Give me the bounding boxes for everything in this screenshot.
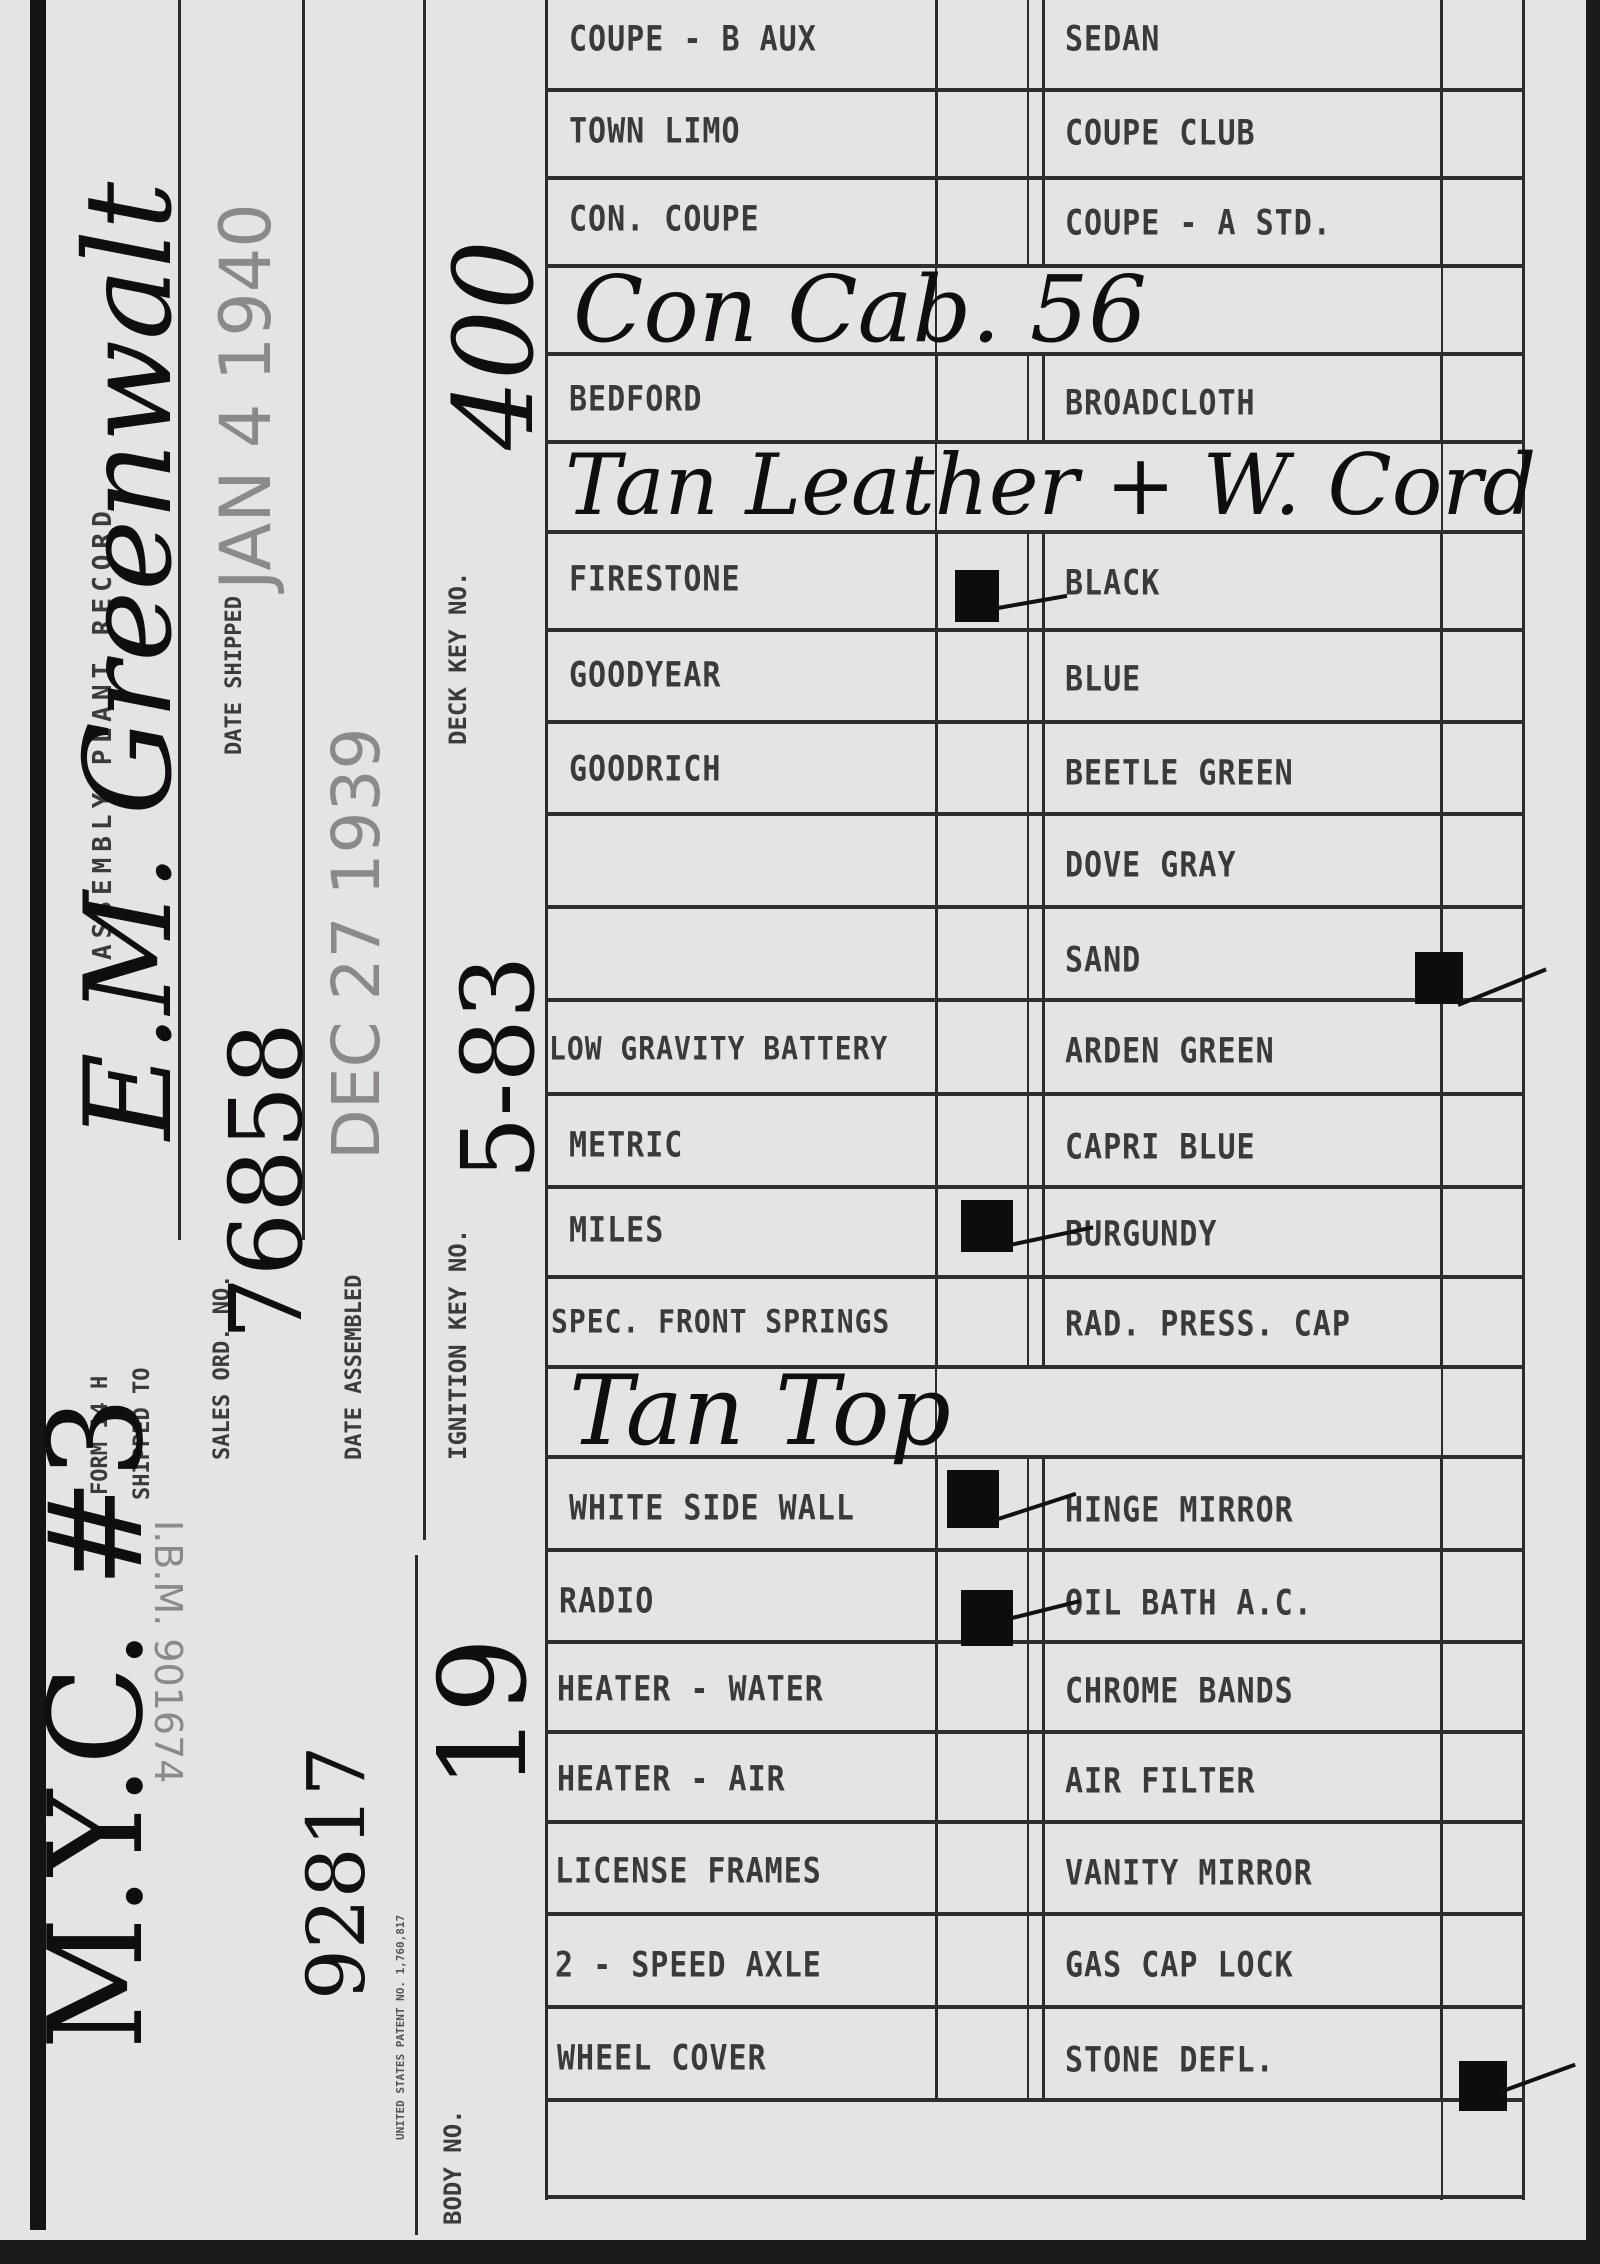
option-row: COUPE - B AUX SEDAN [545,0,1522,88]
deck-key-no-label: DECK KEY NO. [445,572,471,745]
option-row: GOODYEAR BLUE [545,628,1522,720]
option-row: HEATER - WATER CHROME BANDS [545,1640,1522,1730]
checkmark-oil-bath[interactable] [961,1590,1013,1646]
assembly-plant-record-card: COUPE - B AUX SEDAN TOWN LIMO COUPE CLUB… [0,0,1600,2264]
row-line [545,2195,1525,2199]
option-row: GOODRICH BEETLE GREEN [545,720,1522,812]
option-row: LICENSE FRAMES VANITY MIRROR [545,1820,1522,1912]
option-label: BEETLE GREEN [1065,753,1294,793]
option-row: TOWN LIMO COUPE CLUB [545,88,1522,176]
checkmark-white-side-wall[interactable] [947,1470,999,1528]
option-row: WHEEL COVER STONE DEFL. [545,2005,1522,2098]
option-label: SEDAN [1065,19,1160,59]
option-row: WHITE SIDE WALL HINGE MIRROR [545,1455,1522,1548]
option-label: HEATER - WATER [557,1669,824,1709]
option-label: RADIO [559,1581,654,1621]
option-row: CON. COUPE COUPE - A STD. [545,176,1522,264]
option-label: BEDFORD [569,379,702,419]
option-label: MILES [569,1210,664,1250]
option-label: COUPE - A STD. [1065,203,1332,243]
option-label: 2 - SPEED AXLE [555,1945,822,1985]
option-label: GOODYEAR [569,655,722,695]
ignition-key-no-label: IGNITION KEY NO. [445,1229,471,1460]
option-label: CON. COUPE [569,199,760,239]
card-frame-right [1586,0,1600,2264]
option-row: METRIC CAPRI BLUE [545,1092,1522,1185]
checkmark-stone-defl[interactable] [1459,2061,1507,2111]
option-label: CHROME BANDS [1065,1671,1294,1711]
checkmark-sand[interactable] [1415,952,1463,1004]
option-label: OIL BATH A.C. [1065,1583,1313,1623]
option-label: TOWN LIMO [569,111,741,151]
option-row: HEATER - AIR AIR FILTER [545,1730,1522,1820]
handwritten-row-upholstery: Tan Leather + W. Cord [545,440,1522,530]
option-row: SAND [545,905,1522,998]
ibm-number: I.B.M. 901674 [146,1520,190,1783]
option-label: CAPRI BLUE [1065,1127,1256,1167]
date-shipped-label: DATE SHIPPED [222,596,248,755]
date-assembled-label: DATE ASSEMBLED [342,1275,368,1460]
option-label: WHITE SIDE WALL [569,1488,855,1528]
table-right-border [1522,0,1525,2200]
handwritten-entry: Tan Leather + W. Cord [565,436,1536,534]
option-label: COUPE CLUB [1065,113,1256,153]
checkmark-black[interactable] [955,570,999,622]
date-assembled-value: DEC 27 1939 [318,727,395,1160]
option-row: LOW GRAVITY BATTERY ARDEN GREEN [545,998,1522,1092]
option-label: SAND [1065,940,1141,980]
body-no-value: 19 [415,1637,554,1790]
option-label: SPEC. FRONT SPRINGS [551,1303,890,1341]
option-row: RADIO OIL BATH A.C. [545,1548,1522,1640]
handwritten-row-top: Tan Top [545,1365,1522,1455]
merged-row-cover [937,2102,1441,2195]
date-shipped-value: JAN 4 1940 [205,203,287,590]
option-label: ARDEN GREEN [1065,1031,1275,1071]
body-no-label: BODY NO. [440,2109,466,2225]
option-label: BURGUNDY [1065,1214,1218,1254]
option-label: LICENSE FRAMES [555,1851,822,1891]
option-row: 2 - SPEED AXLE GAS CAP LOCK [545,1912,1522,2005]
ignition-key-no-value: 5-83 [440,955,557,1180]
option-row: SPEC. FRONT SPRINGS RAD. PRESS. CAP [545,1275,1522,1365]
handwritten-row-body-type: Con Cab. 56 [545,264,1522,352]
option-label: BLUE [1065,659,1141,699]
handwritten-entry: Con Cab. 56 [573,256,1147,363]
option-label: VANITY MIRROR [1065,1853,1313,1893]
option-row: FIRESTONE BLACK [545,530,1522,628]
option-row: BEDFORD BROADCLOTH [545,352,1522,440]
serial-number: 92817 [290,1746,383,2001]
option-label: WHEEL COVER [557,2038,767,2078]
option-label: BROADCLOTH [1065,383,1256,423]
option-label: COUPE - B AUX [569,19,817,59]
option-label: FIRESTONE [569,559,741,599]
shipped-to-value: E.M. Greenwalt [60,182,199,1140]
option-label: LOW GRAVITY BATTERY [549,1030,888,1068]
option-row: MILES BURGUNDY [545,1185,1522,1275]
card-frame-bottom [0,2240,1600,2264]
patent-note: UNITED STATES PATENT NO. 1,760,817 [388,1915,414,2140]
option-label: AIR FILTER [1065,1761,1256,1801]
deck-key-no-value: 400 [430,240,558,450]
header-column-divider [423,0,426,1540]
option-label: GOODRICH [569,749,722,789]
option-label: HINGE MIRROR [1065,1490,1294,1530]
option-label: RAD. PRESS. CAP [1065,1304,1351,1344]
option-label: STONE DEFL. [1065,2040,1275,2080]
checkmark-burgundy[interactable] [961,1200,1013,1252]
option-label: BLACK [1065,563,1160,603]
handwritten-entry: Tan Top [569,1355,951,1467]
option-label: METRIC [569,1125,683,1165]
option-label: GAS CAP LOCK [1065,1945,1294,1985]
sales-ord-no-value: 76858 [208,1022,325,1340]
option-label: HEATER - AIR [557,1759,786,1799]
option-label: DOVE GRAY [1065,845,1237,885]
option-row: DOVE GRAY [545,812,1522,905]
